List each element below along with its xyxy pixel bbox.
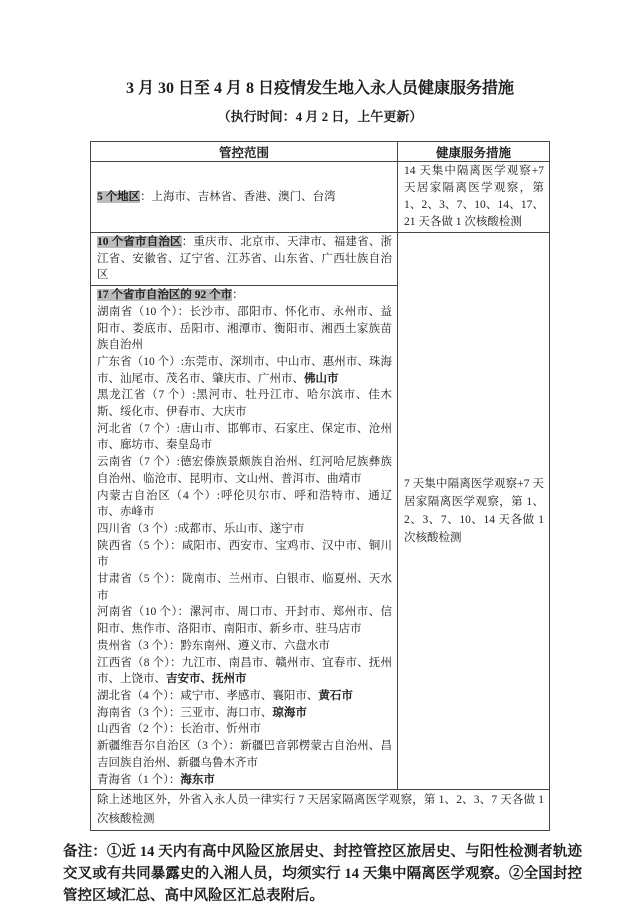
province-entry-hunan: 湖南省（10 个）：长沙市、邵阳市、怀化市、永州市、益阳市、娄底市、岳阳市、湘潭… [97,304,392,354]
province-entry-hubei: 湖北省（4 个）：咸宁市、孝感市、襄阳市、黄石市 [97,688,392,705]
table-header-row: 管控范围 健康服务措施 [91,142,550,162]
table-row-10-provinces: 10 个省市自治区：重庆市、北京市、天津市、福建省、浙江省、安徽省、辽宁省、江苏… [91,233,550,286]
province-bold-cities: 海东市 [180,774,215,786]
scope-cell-5-regions: 5 个地区：上海市、吉林省、香港、澳门、台湾 [91,162,398,233]
province-text: 陕西省（5 个）：咸阳市、西安市、宝鸡市、汉中市、铜川市 [97,540,392,569]
province-entry-henan: 河南省（10 个）：漯河市、周口市、开封市、郑州市、信阳市、焦作市、洛阳市、南阳… [97,604,392,637]
health-measures-table: 管控范围 健康服务措施 5 个地区：上海市、吉林省、香港、澳门、台湾 14 天集… [90,141,550,831]
province-text: 四川省（3 个）:成都市、乐山市、遂宁市 [97,523,304,535]
province-text: 湖北省（4 个）：咸宁市、孝感市、襄阳市、 [97,690,318,702]
region-list-5: 上海市、吉林省、香港、澳门、台湾 [152,191,336,203]
label-colon: ： [140,191,152,203]
document-subtitle: （执行时间：4 月 2 日，上午更新） [40,108,600,126]
province-bold-cities: 黄石市 [318,690,353,702]
province-entry-heilongjiang: 黑龙江省（7 个）:黑河市、牡丹江市、哈尔滨市、佳木斯、绥化市、伊春市、大庆市 [97,387,392,420]
document-page: 3 月 30 日至 4 月 8 日疫情发生地入永人员健康服务措施 （执行时间：4… [0,0,640,905]
province-entry-shanxi: 山西省（2 个）：长治市、忻州市 [97,721,392,738]
province-entry-sichuan: 四川省（3 个）:成都市、乐山市、遂宁市 [97,521,392,538]
highlight-label-5-regions: 5 个地区 [97,191,140,203]
label-colon: ： [182,236,194,248]
province-bold-cities: 吉安市、抚州市 [166,673,247,685]
province-entry-shaanxi: 陕西省（5 个）：咸阳市、西安市、宝鸡市、汉中市、铜川市 [97,538,392,571]
province-text: 黑龙江省（7 个）:黑河市、牡丹江市、哈尔滨市、佳木斯、绥化市、伊春市、大庆市 [97,389,392,418]
province-bold-cities: 琼海市 [272,707,307,719]
province-entry-hebei: 河北省（7 个）:唐山市、邯郸市、石家庄、保定市、沧州市、廊坊市、秦皇岛市 [97,421,392,454]
province-entry-neimenggu: 内蒙古自治区（4 个）:呼伦贝尔市、呼和浩特市、通辽市、赤峰市 [97,488,392,521]
scope-cell-10-provinces: 10 个省市自治区：重庆市、北京市、天津市、福建省、浙江省、安徽省、辽宁省、江苏… [91,233,398,286]
province-text: 山西省（2 个）：长治市、忻州市 [97,723,261,735]
province-text: 海南省（3 个）：三亚市、海口市、 [97,707,272,719]
table-row-other-regions: 除上述地区外，外省入永人员一律实行 7 天居家隔离医学观察，第 1、2、3、7 … [91,790,550,831]
province-entry-yunnan: 云南省（7 个）:德宏傣族景颇族自治州、红河哈尼族彝族自治州、临沧市、昆明市、文… [97,454,392,487]
province-text: 新疆维吾尔自治区（3 个）：新疆巴音郭楞蒙古自治州、昌吉回族自治州、新疆乌鲁木齐… [97,740,392,769]
other-regions-cell: 除上述地区外，外省入永人员一律实行 7 天居家隔离医学观察，第 1、2、3、7 … [91,790,550,831]
highlight-label-10-provinces: 10 个省市自治区 [97,236,182,248]
province-entry-guizhou: 贵州省（3 个）：黔东南州、遵义市、六盘水市 [97,638,392,655]
header-scope: 管控范围 [91,142,398,162]
table-row-5-regions: 5 个地区：上海市、吉林省、香港、澳门、台湾 14 天集中隔离医学观察+7 天居… [91,162,550,233]
province-entry-jiangxi: 江西省（8 个）：九江市、南昌市、赣州市、宜春市、抚州市、上饶市、吉安市、抚州市 [97,655,392,688]
list-heading-17-provinces: 17 个省市自治区的 92 个市： [97,287,392,304]
measure-cell-row1: 14 天集中隔离医学观察+7 天居家隔离医学观察，第 1、2、3、7、10、14… [398,162,550,233]
province-text: 云南省（7 个）:德宏傣族景颇族自治州、红河哈尼族彝族自治州、临沧市、昆明市、文… [97,456,392,485]
province-text: 甘肃省（5 个）：陇南市、兰州市、白银市、临夏州、天水市 [97,573,392,602]
highlight-label-17-provinces: 17 个省市自治区的 92 个市 [97,289,232,301]
province-text: 内蒙古自治区（4 个）:呼伦贝尔市、呼和浩特市、通辽市、赤峰市 [97,490,392,519]
province-entry-qinghai: 青海省（1 个）：海东市 [97,772,392,789]
province-text: 河南省（10 个）：漯河市、周口市、开封市、郑州市、信阳市、焦作市、洛阳市、南阳… [97,606,392,635]
province-entry-gansu: 甘肃省（5 个）：陇南市、兰州市、白银市、临夏州、天水市 [97,571,392,604]
header-measures: 健康服务措施 [398,142,550,162]
province-text: 贵州省（3 个）：黔东南州、遵义市、六盘水市 [97,640,330,652]
remarks-note: 备注：①近 14 天内有高中风险区旅居史、封控管控区旅居史、与阳性检测者轨迹交叉… [63,841,582,905]
province-text: 青海省（1 个）： [97,774,180,786]
province-text: 河北省（7 个）:唐山市、邯郸市、石家庄、保定市、沧州市、廊坊市、秦皇岛市 [97,423,392,452]
province-entry-hainan: 海南省（3 个）：三亚市、海口市、琼海市 [97,705,392,722]
scope-cell-17-provinces: 17 个省市自治区的 92 个市： 湖南省（10 个）：长沙市、邵阳市、怀化市、… [91,286,398,790]
province-text: 湖南省（10 个）：长沙市、邵阳市、怀化市、永州市、益阳市、娄底市、岳阳市、湘潭… [97,306,392,351]
province-text: 广东省（10 个）:东莞市、深圳市、中山市、惠州市、珠海市、汕尾市、茂名市、肇庆… [97,356,392,385]
measure-cell-merged: 7 天集中隔离医学观察+7 天居家隔离医学观察，第 1、2、3、7、10、14 … [398,233,550,790]
document-title: 3 月 30 日至 4 月 8 日疫情发生地入永人员健康服务措施 [40,78,600,99]
province-entry-guangdong: 广东省（10 个）:东莞市、深圳市、中山市、惠州市、珠海市、汕尾市、茂名市、肇庆… [97,354,392,387]
province-bold-cities: 佛山市 [304,373,339,385]
label-colon: ： [232,289,244,301]
province-entry-xinjiang: 新疆维吾尔自治区（3 个）：新疆巴音郭楞蒙古自治州、昌吉回族自治州、新疆乌鲁木齐… [97,738,392,771]
